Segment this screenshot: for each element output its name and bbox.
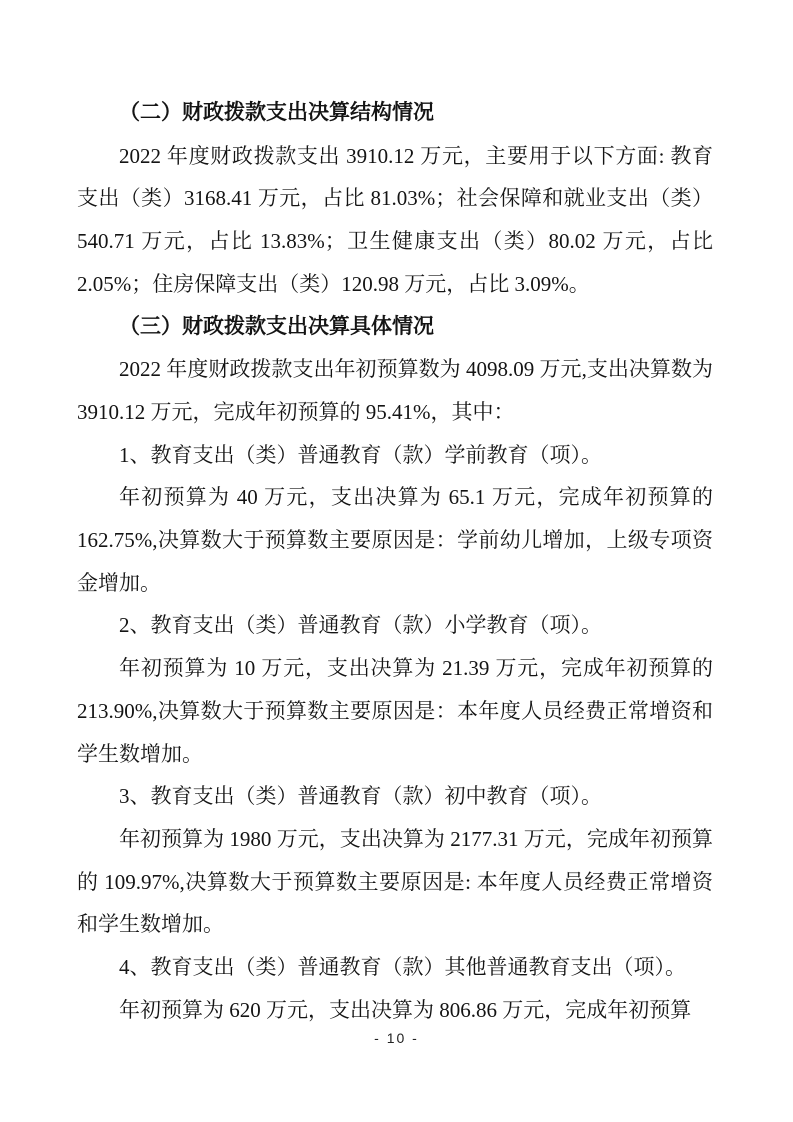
page-number: - 10 - (0, 1030, 793, 1046)
item-2-body: 年初预算为 10 万元，支出决算为 21.39 万元，完成年初预算的 213.9… (77, 647, 713, 775)
item-4-body: 年初预算为 620 万元，支出决算为 806.86 万元，完成年初预算 (77, 989, 713, 1032)
section-heading-expenditure-structure: （二）财政拨款支出决算结构情况 (77, 92, 713, 135)
item-3-body: 年初预算为 1980 万元，支出决算为 2177.31 万元，完成年初预算的 1… (77, 818, 713, 946)
document-body: （二）财政拨款支出决算结构情况 2022 年度财政拨款支出 3910.12 万元… (77, 92, 713, 1031)
item-1-body: 年初预算为 40 万元，支出决算为 65.1 万元，完成年初预算的 162.75… (77, 476, 713, 604)
item-4-title: 4、教育支出（类）普通教育（款）其他普通教育支出（项）。 (77, 946, 713, 989)
para-expenditure-detail-intro: 2022 年度财政拨款支出年初预算数为 4098.09 万元,支出决算数为 39… (77, 348, 713, 433)
para-expenditure-structure: 2022 年度财政拨款支出 3910.12 万元，主要用于以下方面: 教育支出（… (77, 135, 713, 306)
item-3-title: 3、教育支出（类）普通教育（款）初中教育（项）。 (77, 775, 713, 818)
section-heading-expenditure-detail: （三）财政拨款支出决算具体情况 (77, 306, 713, 349)
item-2-title: 2、教育支出（类）普通教育（款）小学教育（项）。 (77, 604, 713, 647)
item-1-title: 1、教育支出（类）普通教育（款）学前教育（项）。 (77, 434, 713, 477)
document-page: （二）财政拨款支出决算结构情况 2022 年度财政拨款支出 3910.12 万元… (0, 0, 793, 1122)
